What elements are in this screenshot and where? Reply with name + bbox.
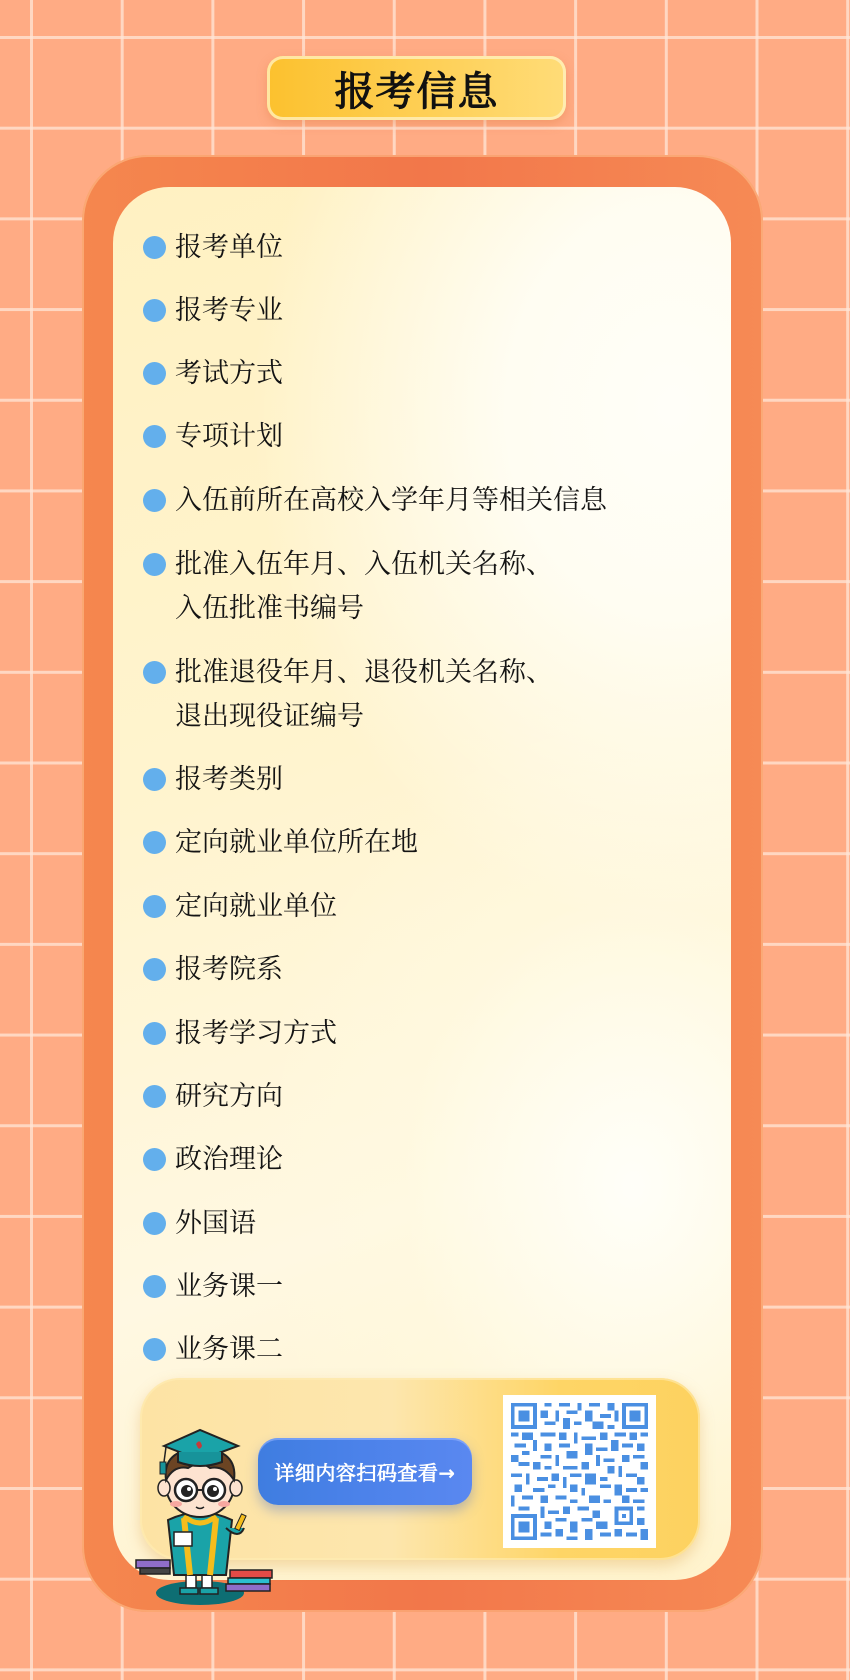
list-item-label: 外国语 [175,1202,256,1246]
graduate-mascot-icon [134,1410,284,1610]
scan-details-button-label: 详细内容扫码查看→ [274,1457,455,1486]
bullet-dot-icon [143,489,166,512]
books-right-icon [226,1570,272,1591]
list-item: 入伍前所在高校入学年月等相关信息 [143,479,703,523]
bullet-dot-icon [143,1148,166,1171]
bullet-dot-icon [143,425,166,448]
list-item: 报考专业 [143,289,703,333]
list-item-label: 定向就业单位所在地 [175,821,418,865]
list-item: 定向就业单位所在地 [143,821,703,865]
bullet-dot-icon [143,1212,166,1235]
bullet-dot-icon [143,1275,166,1298]
list-item: 定向就业单位 [143,885,703,929]
bullet-dot-icon [143,1022,166,1045]
bullet-dot-icon [143,236,166,259]
bullet-dot-icon [143,299,166,322]
list-item: 外国语 [143,1202,703,1246]
page-title-banner: 报考信息 [267,56,566,120]
qr-code-icon [511,1403,648,1540]
list-item-label: 报考院系 [175,948,283,992]
bullet-dot-icon [143,958,166,981]
bullet-dot-icon [143,768,166,791]
list-item-label: 政治理论 [175,1138,283,1182]
bullet-dot-icon [143,661,166,684]
bullet-dot-icon [143,1338,166,1361]
list-item-label: 考试方式 [175,352,283,396]
list-item: 政治理论 [143,1138,703,1182]
list-item: 业务课二 [143,1328,703,1372]
list-item-label: 业务课二 [175,1328,283,1372]
bullet-dot-icon [143,895,166,918]
list-item-label: 报考单位 [175,226,283,270]
list-item: 考试方式 [143,352,703,396]
list-item: 报考类别 [143,758,703,802]
list-item-label: 报考类别 [175,758,283,802]
list-item-label: 研究方向 [175,1075,283,1119]
list-item-label: 报考学习方式 [175,1012,337,1056]
list-item-label: 批准退役年月、退役机关名称、 退出现役证编号 [175,651,553,739]
bullet-dot-icon [143,553,166,576]
bullet-dot-icon [143,831,166,854]
scan-details-button[interactable]: 详细内容扫码查看→ [258,1438,472,1505]
bullet-dot-icon [143,1085,166,1108]
list-item: 报考院系 [143,948,703,992]
list-item-label: 专项计划 [175,415,283,459]
list-item: 专项计划 [143,415,703,459]
list-item-label: 定向就业单位 [175,885,337,929]
books-left-icon [136,1560,170,1574]
list-item: 研究方向 [143,1075,703,1119]
qr-code[interactable] [503,1395,656,1548]
list-item-label: 入伍前所在高校入学年月等相关信息 [175,479,607,523]
list-item-label: 报考专业 [175,289,283,333]
list-item-label: 业务课一 [175,1265,283,1309]
list-item: 批准入伍年月、入伍机关名称、 入伍批准书编号 [143,543,703,631]
page-title: 报考信息 [335,60,499,117]
list-item: 业务课一 [143,1265,703,1309]
list-item: 报考学习方式 [143,1012,703,1056]
list-item: 批准退役年月、退役机关名称、 退出现役证编号 [143,651,703,739]
bullet-dot-icon [143,362,166,385]
list-item-label: 批准入伍年月、入伍机关名称、 入伍批准书编号 [175,543,553,631]
list-item: 报考单位 [143,226,703,270]
